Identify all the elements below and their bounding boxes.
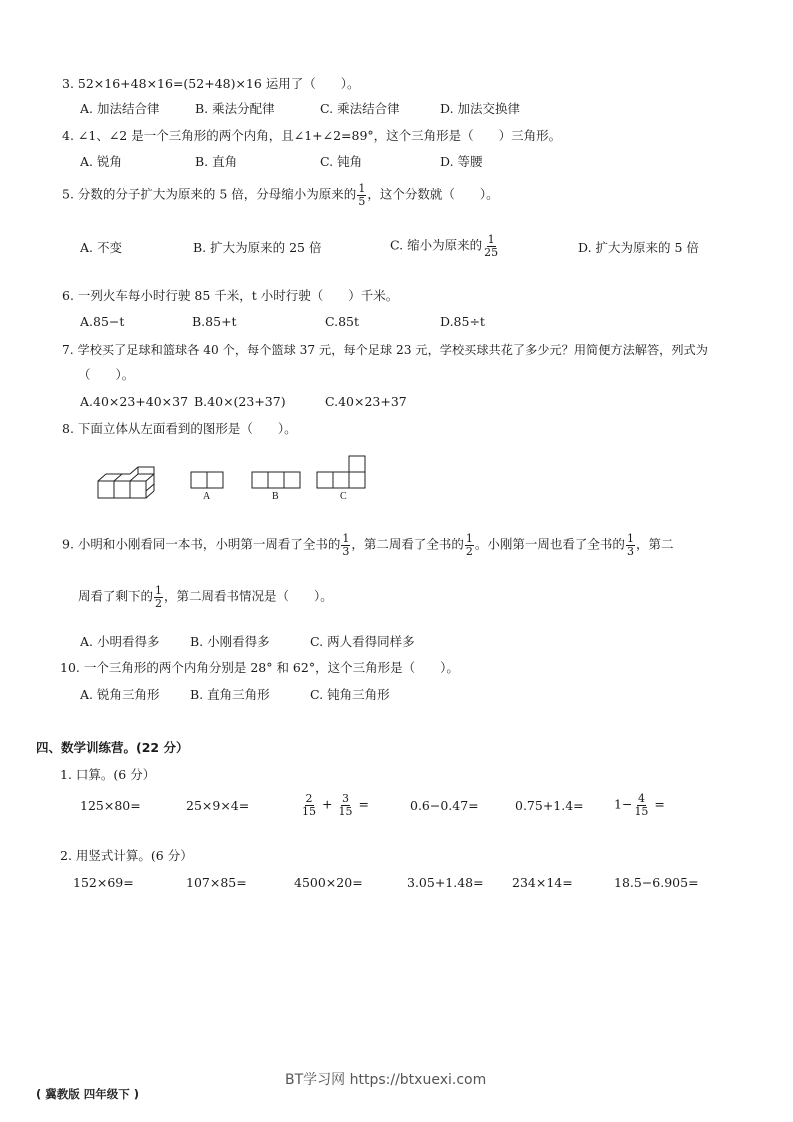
- fraction: 215: [301, 793, 317, 817]
- question-9-line2: 周看了剩下的12，第二周看书情况是（ ）。: [78, 585, 333, 609]
- q9-option-b: B. 小刚看得多: [190, 636, 270, 649]
- solid-figure: [95, 465, 157, 504]
- q3-option-d: D. 加法交换律: [440, 103, 520, 116]
- q5-option-a: A. 不变: [80, 242, 122, 255]
- q4-option-a: A. 锐角: [80, 156, 122, 169]
- q4-option-d: D. 等腰: [440, 156, 483, 169]
- watermark: BT学习网 https://btxuexi.com: [285, 1073, 486, 1087]
- part-2-title: 2. 用竖式计算。(6 分）: [60, 850, 193, 863]
- q9-option-a: A. 小明看得多: [80, 636, 159, 649]
- option-c-figure: [316, 455, 366, 492]
- q5-option-b: B. 扩大为原来的 25 倍: [193, 242, 322, 255]
- q6-option-b: B.85+t: [192, 316, 237, 329]
- figure-label-c: C: [340, 492, 347, 502]
- q10-option-c: C. 钝角三角形: [310, 689, 390, 702]
- question-7-line2: （ ）。: [78, 369, 134, 382]
- figure-label-b: B: [272, 492, 279, 502]
- q3-option-b: B. 乘法分配律: [195, 103, 275, 116]
- mental-calc-6: 1−415 =: [614, 793, 665, 817]
- q3-option-c: C. 乘法结合律: [320, 103, 400, 116]
- footer-edition: ( 冀教版 四年级下 ): [36, 1089, 139, 1101]
- question-4: 4. ∠1、∠2 是一个三角形的两个内角，且∠1+∠2=89°，这个三角形是（ …: [62, 130, 561, 143]
- q4-option-b: B. 直角: [195, 156, 237, 169]
- q6-option-c: C.85t: [325, 316, 359, 329]
- mental-calc-1: 125×80=: [80, 800, 141, 813]
- vertical-calc-4: 3.05+1.48=: [407, 877, 484, 890]
- question-10: 10. 一个三角形的两个内角分别是 28° 和 62°，这个三角形是（ ）。: [60, 662, 459, 675]
- option-b-figure: [251, 471, 301, 492]
- mental-calc-2: 25×9×4=: [186, 800, 249, 813]
- fraction: 13: [341, 533, 350, 557]
- q4-option-c: C. 钝角: [320, 156, 362, 169]
- q6-option-a: A.85−t: [80, 316, 124, 329]
- vertical-calc-5: 234×14=: [512, 877, 573, 890]
- fraction: 125: [483, 234, 499, 258]
- section-4-title: 四、数学训练营。(22 分）: [36, 742, 188, 755]
- mental-calc-3: 215 + 315 =: [300, 793, 369, 817]
- question-3: 3. 52×16+48×16=(52+48)×16 运用了（ ）。: [62, 78, 360, 91]
- q7-option-c: C.40×23+37: [325, 396, 407, 409]
- q5-text: 5. 分数的分子扩大为原来的 5 倍，分母缩小为原来的: [62, 187, 356, 202]
- q6-option-d: D.85÷t: [440, 316, 485, 329]
- q3-option-a: A. 加法结合律: [80, 103, 159, 116]
- question-5: 5. 分数的分子扩大为原来的 5 倍，分母缩小为原来的15，这个分数就（ ）。: [62, 183, 499, 207]
- question-8: 8. 下面立体从左面看到的图形是（ ）。: [62, 423, 297, 436]
- q5-option-d: D. 扩大为原来的 5 倍: [578, 242, 699, 255]
- question-6: 6. 一列火车每小时行驶 85 千米，t 小时行驶（ ）千米。: [62, 290, 398, 303]
- vertical-calc-6: 18.5−6.905=: [614, 877, 699, 890]
- fraction: 13: [626, 533, 635, 557]
- vertical-calc-2: 107×85=: [186, 877, 247, 890]
- fraction: 315: [337, 793, 353, 817]
- q10-option-a: A. 锐角三角形: [80, 689, 159, 702]
- part-1-title: 1. 口算。(6 分）: [60, 769, 155, 782]
- fraction: 15: [357, 183, 366, 207]
- q9-option-c: C. 两人看得同样多: [310, 636, 415, 649]
- q7-option-a: A.40×23+40×37: [80, 396, 188, 409]
- q10-option-b: B. 直角三角形: [190, 689, 270, 702]
- option-a-figure: [190, 471, 224, 492]
- vertical-calc-1: 152×69=: [73, 877, 134, 890]
- q7-option-b: B.40×(23+37): [194, 396, 286, 409]
- fraction: 12: [154, 585, 163, 609]
- vertical-calc-3: 4500×20=: [294, 877, 363, 890]
- question-7: 7. 学校买了足球和篮球各 40 个，每个篮球 37 元，每个足球 23 元，学…: [62, 344, 708, 356]
- figure-label-a: A: [203, 492, 210, 502]
- fraction: 12: [465, 533, 474, 557]
- mental-calc-4: 0.6−0.47=: [410, 800, 479, 813]
- question-9: 9. 小明和小刚看同一本书，小明第一周看了全书的13，第二周看了全书的12。小刚…: [62, 533, 673, 557]
- mental-calc-5: 0.75+1.4=: [515, 800, 584, 813]
- fraction: 415: [633, 793, 649, 817]
- q5-option-c: C. 缩小为原来的125: [390, 234, 500, 258]
